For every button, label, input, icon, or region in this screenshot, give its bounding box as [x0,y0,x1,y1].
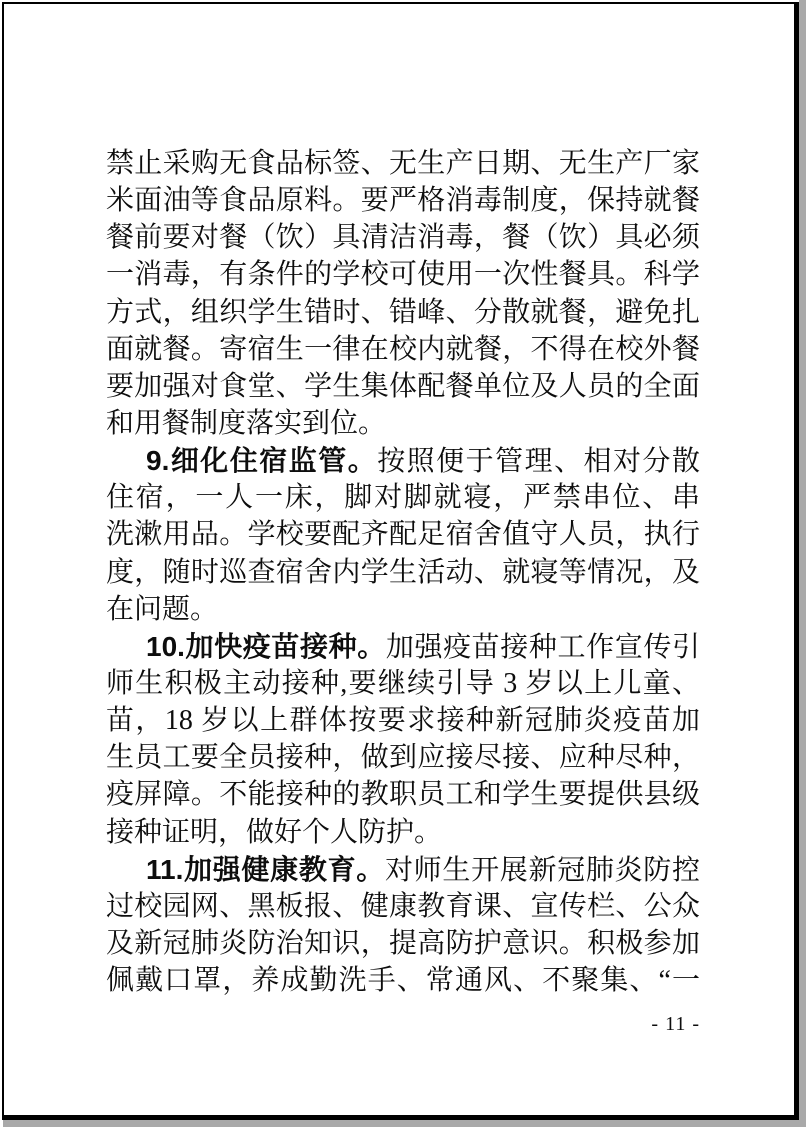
text-line: 洗漱用品。学校要配齐配足宿舍值守人员，执行 24 小时值班制 [106,516,700,553]
section-11-heading: 11.加强健康教育。 [146,854,385,885]
text-line: 面就餐。寄宿生一律在校内就餐，不得在校外餐饮店就餐。学校 [106,331,700,368]
text-line: 生员工要全员接种，做到应接尽接、应种尽种，切实筑牢群体免 [106,739,700,776]
text-line: 过校园网、黑板报、健康教育课、宣传栏、公众号等多种形式普 [106,888,700,925]
text-line-paragraph-end: 接种证明，做好个人防护。 [106,814,700,851]
page-number: - 11 - [106,1012,700,1036]
text-line: 一消毒，有条件的学校可使用一次性餐具。科学确定取（送)餐 [106,256,700,293]
text-line: 及新冠肺炎防治知识，提高防护意识。积极参加体育锻炼，科学 [106,925,700,962]
text-line: 疫屏障。不能接种的教职员工和学生要提供县级以上医院不适合 [106,776,700,813]
text-line-section-start: 11.加强健康教育。对师生开展新冠肺炎防控知识教育，通 [106,851,700,888]
text-line: 住宿，一人一床，脚对脚就寝，严禁串位、串寝，严禁使用他人 [106,479,700,516]
page-shadow-bottom [3,1120,806,1127]
text-line-section-start: 9.细化住宿监管。按照便于管理、相对分散的原则安排学生 [106,442,700,479]
text-line: 度，随时巡查宿舍内学生活动、就寝等情况，及时发现并纠正存 [106,554,700,591]
text-line-paragraph-end: 和用餐制度落实到位。 [106,405,700,442]
text-line: 佩戴口罩，养成勤洗手、常通风、不聚集、“一米线”等良好习 [106,962,700,999]
document-page: 禁止采购无食品标签、无生产日期、无生产厂家及超过保质期的 米面油等食品原料。要严… [2,2,799,1120]
text-line: 苗，18 岁以上群体按要求接种新冠肺炎疫苗加强针，无禁忌师 [106,702,700,739]
text-line-paragraph-end: 在问题。 [106,591,700,628]
text-line: 要加强对食堂、学生集体配餐单位及人员的全面检查，确保食堂 [106,368,700,405]
text-line: 餐前要对餐（饮）具清洁消毒，餐（饮）具必须一人一具、一用 [106,219,700,256]
page-shadow-right [799,0,806,1127]
text-line: 师生积极主动接种,要继续引导 3 岁以上儿童、学生接种新冠疫 [106,665,700,702]
section-9-heading: 9.细化住宿监管。 [146,445,377,476]
section-10-heading: 10.加快疫苗接种。 [146,631,386,662]
text-line: 禁止采购无食品标签、无生产日期、无生产厂家及超过保质期的 [106,145,700,182]
document-text-block: 禁止采购无食品标签、无生产日期、无生产厂家及超过保质期的 米面油等食品原料。要严… [106,145,700,999]
text-line-section-start: 10.加快疫苗接种。加强疫苗接种工作宣传引导，教育发动 [106,628,700,665]
text-line: 米面油等食品原料。要严格消毒制度，保持就餐区域清洁干燥， [106,182,700,219]
document-canvas: { "colors": { "page_background": "#fffff… [0,0,806,1127]
text-line: 方式，组织学生错时、错峰、分散就餐，避免扎堆就餐，不面对 [106,294,700,331]
